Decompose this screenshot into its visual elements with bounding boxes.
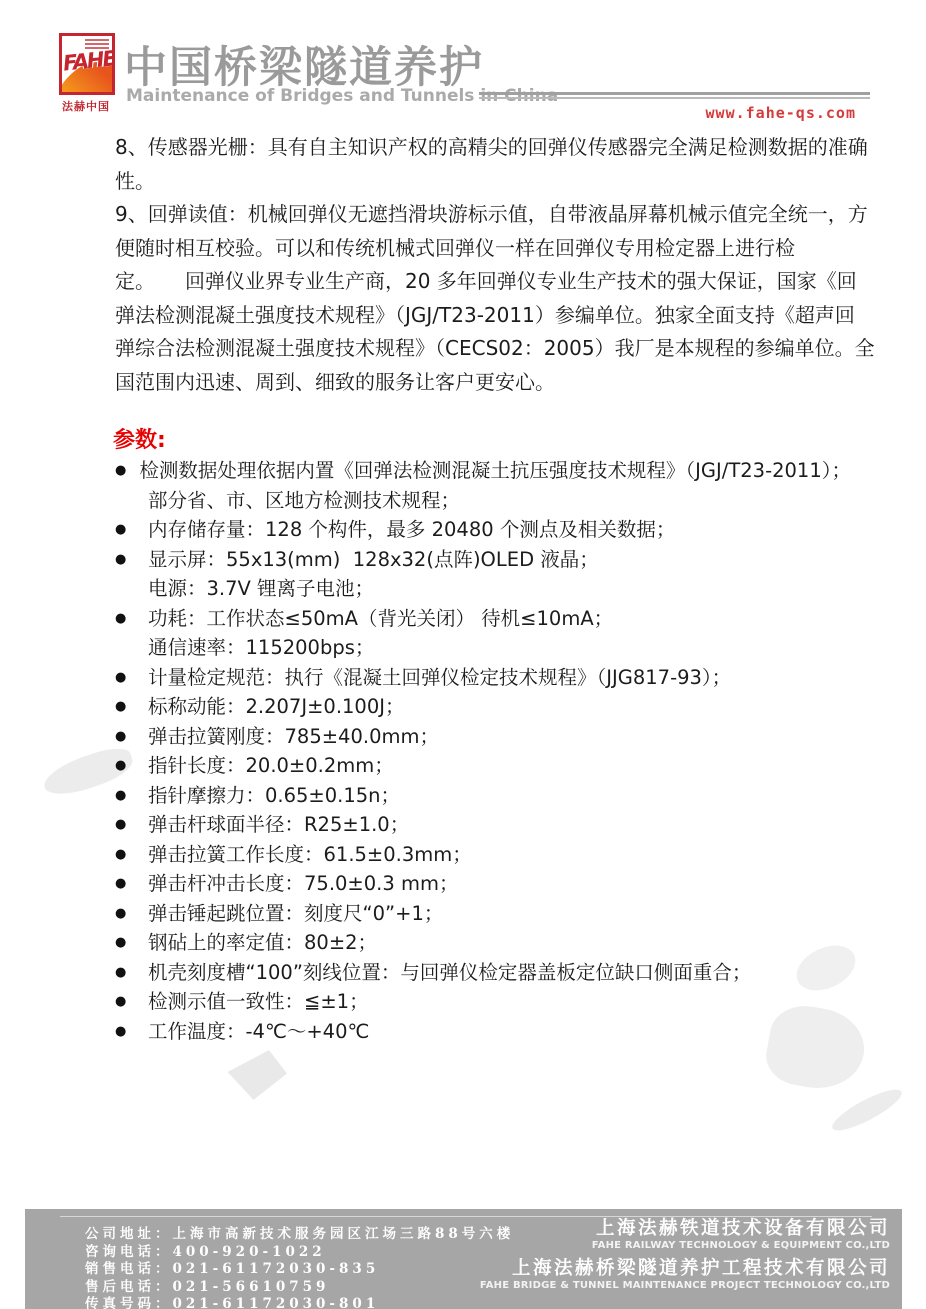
company-name-en: FAHE RAILWAY TECHNOLOGY & EQUIPMENT CO.,… <box>480 1240 890 1252</box>
parameter-text: 机壳刻度槽“100”刻线位置：与回弹仪检定器盖板定位缺口侧面重合； <box>148 958 851 988</box>
footer-contacts: 公司地址：上海市高新技术服务园区江场三路88号六楼咨询电话：400-920-10… <box>85 1222 514 1309</box>
parameter-text: 指针摩擦力：0.65±0.15n； <box>148 781 851 811</box>
contact-row: 传真号码：021-61172030-801 <box>85 1292 514 1309</box>
parameters-list: ●检测数据处理依据内置《回弹法检测混凝土抗压强度技术规程》（JGJ/T23-20… <box>115 456 851 1046</box>
parameter-item: ●钢砧上的率定值：80±2； <box>115 928 851 958</box>
parameter-item: ●检测示值一致性：≦±1； <box>115 987 851 1017</box>
paragraph-line: 9、回弹读值：机械回弹仪无遮挡滑块游标示值，自带液晶屏幕机械示值完全统一，方 <box>115 198 851 232</box>
bullet-icon: ● <box>115 456 139 486</box>
parameter-text: 钢砧上的率定值：80±2； <box>148 928 851 958</box>
website-url: www.fahe-qs.com <box>706 104 856 122</box>
paragraph-line: 8、传感器光栅：具有自主知识产权的高精尖的回弹仪传感器完全满足检测数据的准确 <box>115 131 851 165</box>
watermark-shape <box>828 1083 906 1137</box>
parameter-text: 计量检定规范：执行《混凝土回弹仪检定技术规程》（JJG817-93）； <box>148 663 851 693</box>
parameter-item: ●工作温度：-4℃～+40℃ <box>115 1017 851 1047</box>
contact-value: 021-61172030-801 <box>173 1296 380 1309</box>
bullet-icon: ● <box>115 604 148 634</box>
bullet-icon: ● <box>115 987 148 1017</box>
contact-row: 公司地址：上海市高新技术服务园区江场三路88号六楼 <box>85 1222 514 1240</box>
parameter-text: 内存储存量：128 个构件，最多 20480 个测点及相关数据； <box>148 515 851 545</box>
bullet-icon: ● <box>115 869 148 899</box>
intro-paragraphs: 8、传感器光栅：具有自主知识产权的高精尖的回弹仪传感器完全满足检测数据的准确性。… <box>115 131 851 399</box>
parameter-text: 检测数据处理依据内置《回弹法检测混凝土抗压强度技术规程》（JGJ/T23-201… <box>139 456 851 486</box>
fahe-logo: FAHE 法赫中国 <box>59 33 119 114</box>
company-name-cn: 上海法赫桥梁隧道养护工程技术有限公司 <box>480 1258 890 1280</box>
parameter-item: ●内存储存量：128 个构件，最多 20480 个测点及相关数据； <box>115 515 851 545</box>
paragraph-line: 便随时相互校验。可以和传统机械式回弹仪一样在回弹仪专用检定器上进行检 <box>115 232 851 266</box>
parameter-text: 显示屏：55x13(mm) 128x32(点阵)OLED 液晶； <box>148 545 851 575</box>
parameter-item: ●机壳刻度槽“100”刻线位置：与回弹仪检定器盖板定位缺口侧面重合； <box>115 958 851 988</box>
footer-separator-line <box>60 1216 872 1217</box>
contact-row: 销售电话：021-61172030-835 <box>85 1257 514 1275</box>
bullet-icon: ● <box>115 781 148 811</box>
parameter-item: ●弹击拉簧刚度：785±40.0mm； <box>115 722 851 752</box>
parameter-item: ●弹击杆球面半径：R25±1.0； <box>115 810 851 840</box>
bullet-icon: ● <box>115 545 148 575</box>
bullet-icon: ● <box>115 810 148 840</box>
fahe-logo-mark: FAHE <box>59 33 115 95</box>
paragraph-line: 性。 <box>115 165 851 199</box>
paragraph-line: 国范围内迅速、周到、细致的服务让客户更安心。 <box>115 366 851 400</box>
parameter-text: 弹击杆球面半径：R25±1.0； <box>148 810 851 840</box>
footer: 公司地址：上海市高新技术服务园区江场三路88号六楼咨询电话：400-920-10… <box>25 1209 902 1309</box>
rule-line-bottom <box>479 97 870 99</box>
parameter-text: 通信速率：115200bps； <box>148 633 851 663</box>
bullet-icon: ● <box>115 1017 148 1047</box>
bullet-icon <box>115 486 148 516</box>
contact-label: 传真号码： <box>85 1296 173 1309</box>
parameter-text: 部分省、市、区地方检测技术规程； <box>148 486 851 516</box>
parameter-item: ●弹击锤起跳位置：刻度尺“0”+1； <box>115 899 851 929</box>
bullet-icon: ● <box>115 928 148 958</box>
bullet-icon: ● <box>115 840 148 870</box>
parameter-item-continuation: 通信速率：115200bps； <box>115 633 851 663</box>
parameter-item: ●指针摩擦力：0.65±0.15n； <box>115 781 851 811</box>
parameter-item: ●计量检定规范：执行《混凝土回弹仪检定技术规程》（JJG817-93）； <box>115 663 851 693</box>
parameter-text: 弹击拉簧刚度：785±40.0mm； <box>148 722 851 752</box>
watermark-shape <box>223 1042 292 1106</box>
rule-line-top <box>479 92 870 95</box>
bullet-icon: ● <box>115 958 148 988</box>
parameter-text: 工作温度：-4℃～+40℃ <box>148 1017 851 1047</box>
parameter-text: 弹击拉簧工作长度：61.5±0.3mm； <box>148 840 851 870</box>
parameter-item: ●标称动能：2.207J±0.100J； <box>115 692 851 722</box>
parameter-text: 功耗：工作状态≤50mA（背光关闭） 待机≤10mA； <box>148 604 851 634</box>
bullet-icon <box>115 574 148 604</box>
bullet-icon: ● <box>115 751 148 781</box>
company-name-cn: 上海法赫铁道技术设备有限公司 <box>480 1218 890 1240</box>
parameters-heading: 参数: <box>113 426 851 456</box>
parameter-item-continuation: 部分省、市、区地方检测技术规程； <box>115 486 851 516</box>
parameter-text: 弹击锤起跳位置：刻度尺“0”+1； <box>148 899 851 929</box>
main-content: 8、传感器光栅：具有自主知识产权的高精尖的回弹仪传感器完全满足检测数据的准确性。… <box>115 131 851 1046</box>
header-double-rule <box>479 92 870 99</box>
parameter-text: 弹击杆冲击长度：75.0±0.3 mm； <box>148 869 851 899</box>
parameter-text: 检测示值一致性：≦±1； <box>148 987 851 1017</box>
bullet-icon <box>115 633 148 663</box>
parameter-item: ●指针长度：20.0±0.2mm； <box>115 751 851 781</box>
parameter-text: 电源：3.7V 锂离子电池； <box>148 574 851 604</box>
parameter-item: ●检测数据处理依据内置《回弹法检测混凝土抗压强度技术规程》（JGJ/T23-20… <box>115 456 851 486</box>
paragraph-line: 弹综合法检测混凝土强度技术规程》（CECS02：2005）我厂是本规程的参编单位… <box>115 332 851 366</box>
paragraph-line: 定。 回弹仪业界专业生产商，20 多年回弹仪专业生产技术的强大保证，国家《回 <box>115 265 851 299</box>
logo-subtext: 法赫中国 <box>59 98 113 114</box>
parameter-item: ●弹击拉簧工作长度：61.5±0.3mm； <box>115 840 851 870</box>
footer-companies: 上海法赫铁道技术设备有限公司FAHE RAILWAY TECHNOLOGY & … <box>480 1218 890 1298</box>
company-name-en: FAHE BRIDGE & TUNNEL MAINTENANCE PROJECT… <box>480 1280 890 1292</box>
bullet-icon: ● <box>115 899 148 929</box>
bullet-icon: ● <box>115 692 148 722</box>
paragraph-line: 弹法检测混凝土强度技术规程》（JGJ/T23-2011）参编单位。独家全面支持《… <box>115 299 851 333</box>
contact-row: 售后电话：021-56610759 <box>85 1275 514 1293</box>
parameter-text: 指针长度：20.0±0.2mm； <box>148 751 851 781</box>
parameter-item: ●弹击杆冲击长度：75.0±0.3 mm； <box>115 869 851 899</box>
parameter-text: 标称动能：2.207J±0.100J； <box>148 692 851 722</box>
bullet-icon: ● <box>115 663 148 693</box>
parameter-item: ●功耗：工作状态≤50mA（背光关闭） 待机≤10mA； <box>115 604 851 634</box>
parameter-item-continuation: 电源：3.7V 锂离子电池； <box>115 574 851 604</box>
document-page: FAHE 法赫中国 中国桥梁隧道养护 Maintenance of Bridge… <box>0 0 926 1309</box>
parameter-item: ●显示屏：55x13(mm) 128x32(点阵)OLED 液晶； <box>115 545 851 575</box>
bullet-icon: ● <box>115 515 148 545</box>
contact-row: 咨询电话：400-920-1022 <box>85 1240 514 1258</box>
bullet-icon: ● <box>115 722 148 752</box>
